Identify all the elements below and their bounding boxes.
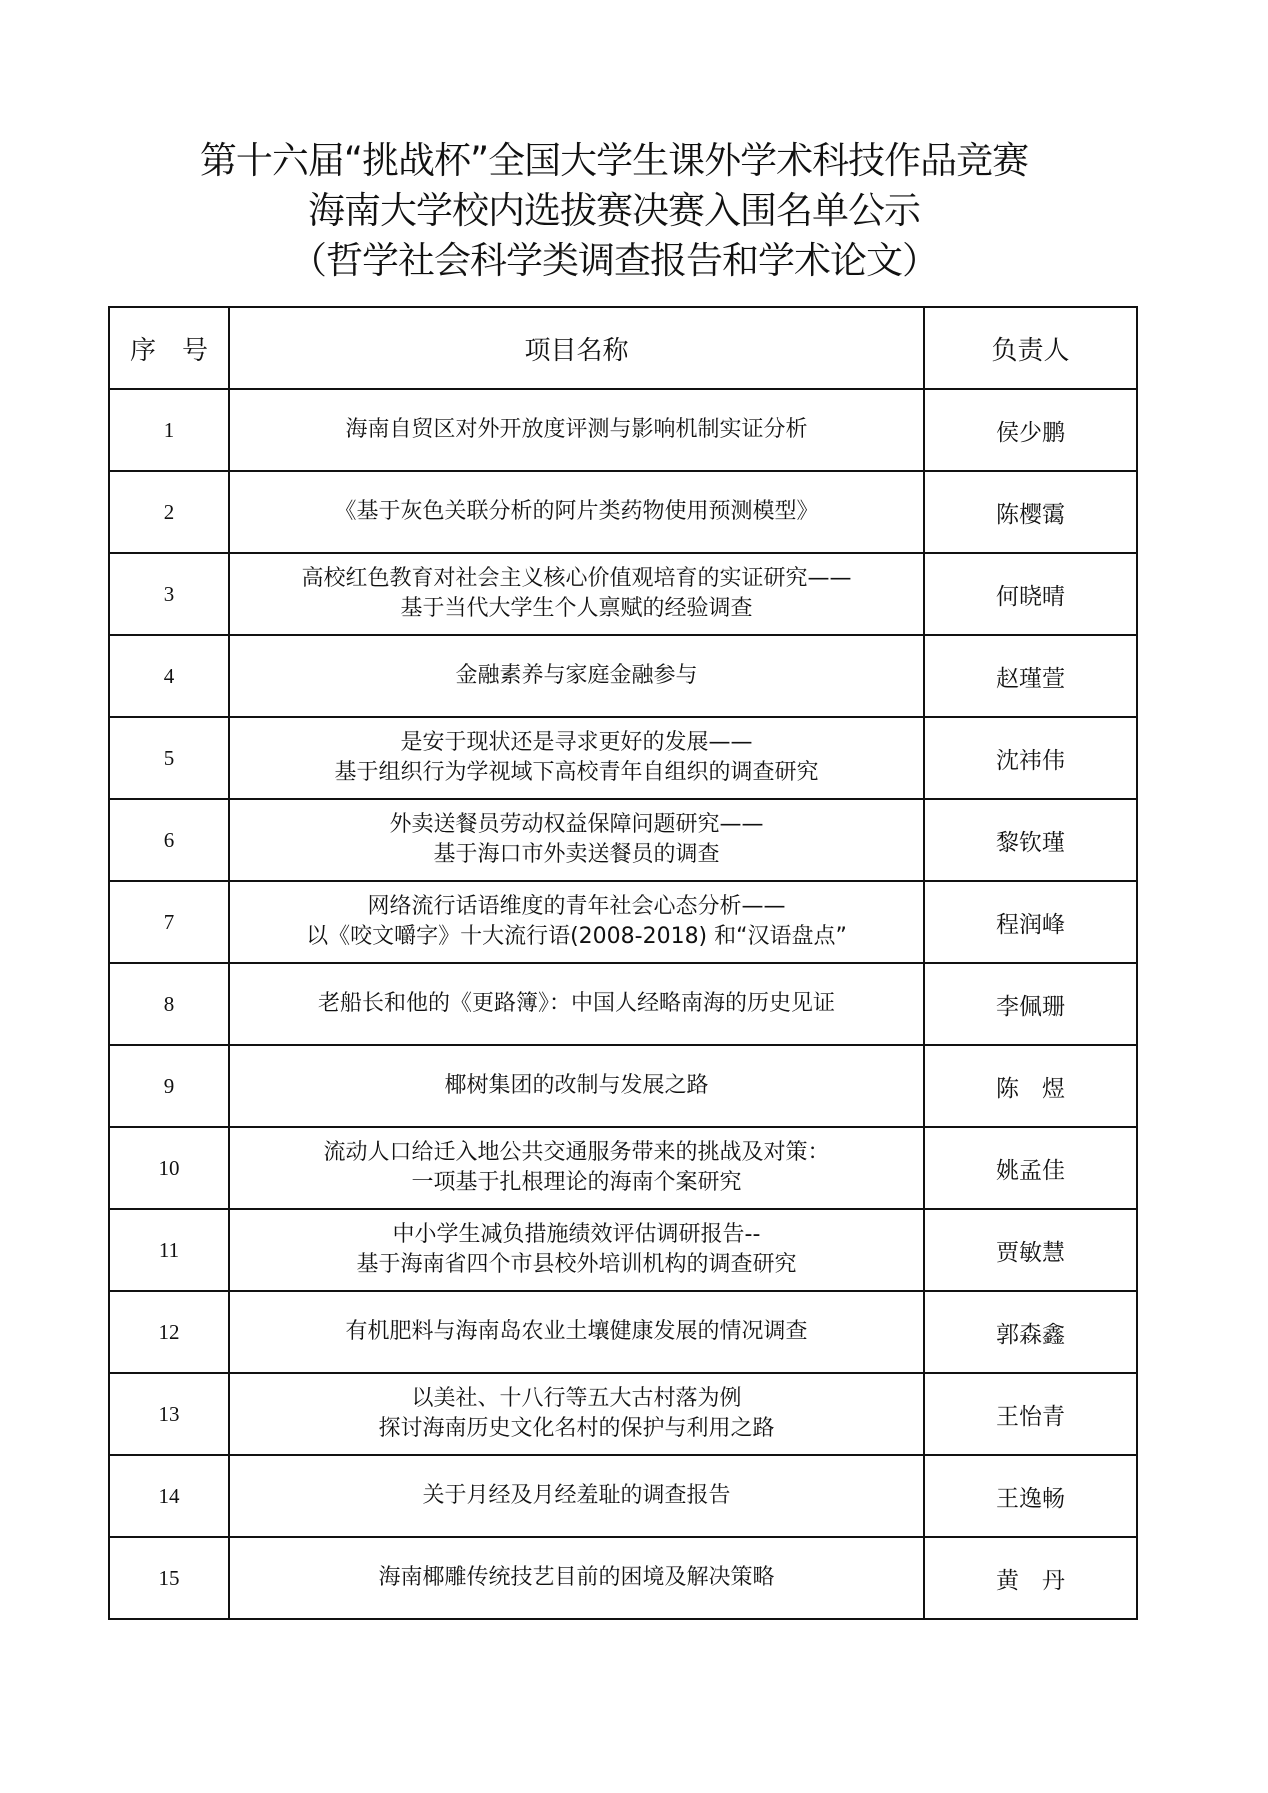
table-row: 8老船长和他的《更路簿》：中国人经略南海的历史见证李佩珊 (109, 963, 1137, 1045)
table-row: 2《基于灰色关联分析的阿片类药物使用预测模型》陈樱霭 (109, 471, 1137, 553)
title-line-3: （哲学社会科学类调查报告和学术论文） (0, 236, 1228, 286)
project-name-cell: 有机肥料与海南岛农业土壤健康发展的情况调查 (229, 1291, 924, 1373)
leader-name: 陈 煜 (924, 1045, 1137, 1127)
row-index: 8 (109, 963, 229, 1045)
project-name-line: 基于海口市外卖送餐员的调查 (234, 840, 919, 870)
project-name-line: 是安于现状还是寻求更好的发展—— (234, 728, 919, 758)
row-index: 11 (109, 1209, 229, 1291)
project-name-cell: 外卖送餐员劳动权益保障问题研究——基于海口市外卖送餐员的调查 (229, 799, 924, 881)
leader-name: 王逸畅 (924, 1455, 1137, 1537)
project-name-line: 基于当代大学生个人禀赋的经验调查 (234, 594, 919, 624)
project-name-cell: 以美社、十八行等五大古村落为例探讨海南历史文化名村的保护与利用之路 (229, 1373, 924, 1455)
project-name-line: 《基于灰色关联分析的阿片类药物使用预测模型》 (234, 497, 919, 527)
project-name-cell: 高校红色教育对社会主义核心价值观培育的实证研究——基于当代大学生个人禀赋的经验调… (229, 553, 924, 635)
project-name-line: 关于月经及月经羞耻的调查报告 (234, 1481, 919, 1511)
row-index: 9 (109, 1045, 229, 1127)
table-row: 14关于月经及月经羞耻的调查报告王逸畅 (109, 1455, 1137, 1537)
project-name-cell: 《基于灰色关联分析的阿片类药物使用预测模型》 (229, 471, 924, 553)
row-index: 1 (109, 389, 229, 471)
table-row: 10流动人口给迁入地公共交通服务带来的挑战及对策：一项基于扎根理论的海南个案研究… (109, 1127, 1137, 1209)
table-row: 6外卖送餐员劳动权益保障问题研究——基于海口市外卖送餐员的调查黎钦瑾 (109, 799, 1137, 881)
row-index: 2 (109, 471, 229, 553)
table-row: 15海南椰雕传统技艺目前的困境及解决策略黄 丹 (109, 1537, 1137, 1619)
leader-name: 黎钦瑾 (924, 799, 1137, 881)
row-index: 13 (109, 1373, 229, 1455)
row-index: 12 (109, 1291, 229, 1373)
project-name-cell: 流动人口给迁入地公共交通服务带来的挑战及对策：一项基于扎根理论的海南个案研究 (229, 1127, 924, 1209)
table-row: 5是安于现状还是寻求更好的发展——基于组织行为学视域下高校青年自组织的调查研究沈… (109, 717, 1137, 799)
project-name-line: 海南自贸区对外开放度评测与影响机制实证分析 (234, 415, 919, 445)
leader-name: 赵瑾萱 (924, 635, 1137, 717)
leader-name: 沈祎伟 (924, 717, 1137, 799)
project-name-line: 椰树集团的改制与发展之路 (234, 1071, 919, 1101)
project-name-line: 海南椰雕传统技艺目前的困境及解决策略 (234, 1563, 919, 1593)
title-line-1: 第十六届“挑战杯”全国大学生课外学术科技作品竞赛 (0, 136, 1228, 186)
row-index: 4 (109, 635, 229, 717)
table-row: 12有机肥料与海南岛农业土壤健康发展的情况调查郭森鑫 (109, 1291, 1137, 1373)
project-name-line: 流动人口给迁入地公共交通服务带来的挑战及对策： (234, 1138, 919, 1168)
project-name-cell: 金融素养与家庭金融参与 (229, 635, 924, 717)
leader-name: 姚孟佳 (924, 1127, 1137, 1209)
table-row: 11中小学生减负措施绩效评估调研报告--基于海南省四个市县校外培训机构的调查研究… (109, 1209, 1137, 1291)
table-row: 3高校红色教育对社会主义核心价值观培育的实证研究——基于当代大学生个人禀赋的经验… (109, 553, 1137, 635)
table-header-row: 序 号 项目名称 负责人 (109, 307, 1137, 389)
table-body: 1海南自贸区对外开放度评测与影响机制实证分析侯少鹏2《基于灰色关联分析的阿片类药… (109, 389, 1137, 1619)
row-index: 7 (109, 881, 229, 963)
header-leader: 负责人 (924, 307, 1137, 389)
project-name-cell: 网络流行话语维度的青年社会心态分析——以《咬文嚼字》十大流行语(2008-201… (229, 881, 924, 963)
project-name-line: 一项基于扎根理论的海南个案研究 (234, 1168, 919, 1198)
row-index: 10 (109, 1127, 229, 1209)
table-row: 13以美社、十八行等五大古村落为例探讨海南历史文化名村的保护与利用之路王怡青 (109, 1373, 1137, 1455)
row-index: 14 (109, 1455, 229, 1537)
leader-name: 黄 丹 (924, 1537, 1137, 1619)
project-name-line: 外卖送餐员劳动权益保障问题研究—— (234, 810, 919, 840)
project-name-cell: 椰树集团的改制与发展之路 (229, 1045, 924, 1127)
project-name-cell: 老船长和他的《更路簿》：中国人经略南海的历史见证 (229, 963, 924, 1045)
row-index: 5 (109, 717, 229, 799)
leader-name: 郭森鑫 (924, 1291, 1137, 1373)
project-name-cell: 是安于现状还是寻求更好的发展——基于组织行为学视域下高校青年自组织的调查研究 (229, 717, 924, 799)
project-name-line: 中小学生减负措施绩效评估调研报告-- (234, 1220, 919, 1250)
leader-name: 贾敏慧 (924, 1209, 1137, 1291)
table-row: 4金融素养与家庭金融参与赵瑾萱 (109, 635, 1137, 717)
project-name-line: 以美社、十八行等五大古村落为例 (234, 1384, 919, 1414)
project-name-cell: 中小学生减负措施绩效评估调研报告--基于海南省四个市县校外培训机构的调查研究 (229, 1209, 924, 1291)
project-name-line: 老船长和他的《更路簿》：中国人经略南海的历史见证 (234, 989, 919, 1019)
project-name-line: 有机肥料与海南岛农业土壤健康发展的情况调查 (234, 1317, 919, 1347)
project-name-cell: 关于月经及月经羞耻的调查报告 (229, 1455, 924, 1537)
leader-name: 程润峰 (924, 881, 1137, 963)
project-name-line: 基于组织行为学视域下高校青年自组织的调查研究 (234, 758, 919, 788)
project-name-cell: 海南椰雕传统技艺目前的困境及解决策略 (229, 1537, 924, 1619)
project-name-line: 以《咬文嚼字》十大流行语(2008-2018) 和“汉语盘点” (234, 922, 919, 952)
project-name-line: 金融素养与家庭金融参与 (234, 661, 919, 691)
finalist-table: 序 号 项目名称 负责人 1海南自贸区对外开放度评测与影响机制实证分析侯少鹏2《… (108, 306, 1138, 1620)
row-index: 15 (109, 1537, 229, 1619)
project-name-line: 高校红色教育对社会主义核心价值观培育的实证研究—— (234, 564, 919, 594)
title-line-2: 海南大学校内选拔赛决赛入围名单公示 (0, 186, 1228, 236)
leader-name: 侯少鹏 (924, 389, 1137, 471)
project-name-line: 基于海南省四个市县校外培训机构的调查研究 (234, 1250, 919, 1280)
row-index: 3 (109, 553, 229, 635)
project-name-cell: 海南自贸区对外开放度评测与影响机制实证分析 (229, 389, 924, 471)
project-name-line: 探讨海南历史文化名村的保护与利用之路 (234, 1414, 919, 1444)
leader-name: 何晓晴 (924, 553, 1137, 635)
leader-name: 王怡青 (924, 1373, 1137, 1455)
table-row: 1海南自贸区对外开放度评测与影响机制实证分析侯少鹏 (109, 389, 1137, 471)
table-row: 9椰树集团的改制与发展之路陈 煜 (109, 1045, 1137, 1127)
leader-name: 陈樱霭 (924, 471, 1137, 553)
row-index: 6 (109, 799, 229, 881)
leader-name: 李佩珊 (924, 963, 1137, 1045)
header-index: 序 号 (109, 307, 229, 389)
project-name-line: 网络流行话语维度的青年社会心态分析—— (234, 892, 919, 922)
table-row: 7网络流行话语维度的青年社会心态分析——以《咬文嚼字》十大流行语(2008-20… (109, 881, 1137, 963)
document-title: 第十六届“挑战杯”全国大学生课外学术科技作品竞赛 海南大学校内选拔赛决赛入围名单… (0, 136, 1228, 286)
header-project-name: 项目名称 (229, 307, 924, 389)
